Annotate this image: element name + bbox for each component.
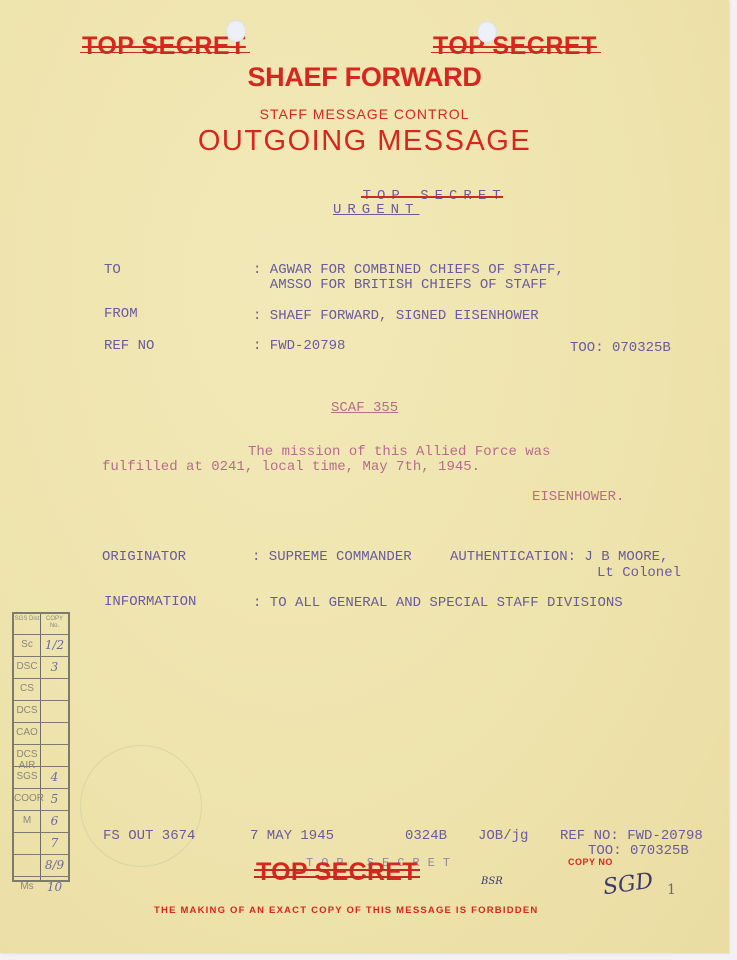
distribution-dist: COOR — [14, 793, 40, 804]
distribution-copy-number: 1/2 — [41, 638, 68, 652]
distribution-dist: M — [14, 815, 40, 826]
distribution-row: Sc1/2 — [14, 634, 68, 657]
header-copy: COPY No. — [41, 616, 68, 630]
distribution-row: 7 — [14, 832, 68, 855]
distribution-row: DSC3 — [14, 656, 68, 679]
footer-ref-no: REF NO: FWD-20798 — [560, 828, 703, 844]
top-secret-stamp-left: TOP SECRET — [82, 32, 246, 61]
top-secret-stamp-bottom: TOP SECRET — [256, 858, 418, 887]
organization-title: SHAEF FORWARD — [0, 62, 729, 93]
from-value: : SHAEF FORWARD, SIGNED EISENHOWER — [253, 308, 539, 324]
message-line-1: The mission of this Allied Force was — [248, 444, 550, 460]
to-label: TO — [104, 262, 121, 278]
distribution-copy-number: 7 — [41, 836, 68, 850]
distribution-table-header: SGS Dist COPY No. — [14, 614, 68, 636]
distribution-row: M6 — [14, 810, 68, 833]
too-value: TOO: 070325B — [570, 340, 671, 356]
distribution-dist: Ms — [14, 881, 40, 892]
authentication: AUTHENTICATION: J B MOORE, — [450, 549, 668, 565]
distribution-row: SGS4 — [14, 766, 68, 789]
distribution-row: DCS — [14, 700, 68, 723]
message-form-paper: TOP SECRET TOP SECRET SHAEF FORWARD STAF… — [0, 0, 729, 953]
distribution-table: SGS Dist COPY No. Sc1/2DSC3CSDCSCAODCS A… — [12, 612, 70, 882]
handwritten-initials: SGD — [602, 869, 655, 901]
distribution-dist: DCS — [14, 705, 40, 716]
form-title: OUTGOING MESSAGE — [0, 125, 729, 158]
distribution-copy-number: 4 — [41, 770, 68, 784]
ref-label: REF NO — [104, 338, 154, 354]
distribution-row: COOR5 — [14, 788, 68, 811]
punch-hole-right — [477, 21, 497, 43]
from-label: FROM — [104, 306, 138, 322]
department-title: STAFF MESSAGE CONTROL — [0, 106, 729, 122]
originator-value: : SUPREME COMMANDER — [252, 549, 412, 565]
punch-hole-left — [226, 20, 246, 42]
distribution-dist: CAO — [14, 727, 40, 738]
footer-date: 7 MAY 1945 — [250, 828, 334, 844]
message-signature: EISENHOWER. — [532, 489, 624, 505]
precedence-urgent: URGENT — [333, 202, 419, 218]
header-dist: SGS Dist — [14, 616, 40, 623]
footer-time: 0324B — [405, 828, 447, 844]
distribution-dist: DSC — [14, 661, 40, 672]
initials-bsr: BSR — [481, 876, 503, 887]
distribution-copy-number: 6 — [41, 814, 68, 828]
originator-label: ORIGINATOR — [102, 549, 186, 565]
to-line-2: AMSSO FOR BRITISH CHIEFS OF STAFF — [253, 277, 547, 293]
distribution-copy-number: 10 — [41, 880, 68, 894]
distribution-dist: Sc — [14, 639, 40, 650]
message-line-2: fulfilled at 0241, local time, May 7th, … — [102, 459, 480, 475]
distribution-row: CS — [14, 678, 68, 701]
information-value: : TO ALL GENERAL AND SPECIAL STAFF DIVIS… — [253, 595, 623, 611]
distribution-row: CAO — [14, 722, 68, 745]
fs-out-number: FS OUT 3674 — [103, 828, 195, 844]
top-secret-stamp-right: TOP SECRET — [433, 32, 597, 61]
distribution-copy-number: 8/9 — [41, 858, 68, 872]
to-line-1: : AGWAR FOR COMBINED CHIEFS OF STAFF, — [253, 262, 564, 278]
distribution-copy-number: 3 — [41, 660, 68, 674]
copy-number: 1 — [667, 882, 676, 898]
authentication-rank: Lt Colonel — [597, 565, 681, 581]
footer-job: JOB/jg — [478, 828, 528, 844]
faint-stamp-circle — [80, 745, 202, 867]
distribution-row: 8/9 — [14, 854, 68, 877]
information-label: INFORMATION — [104, 594, 196, 610]
distribution-copy-number: 5 — [41, 792, 68, 806]
distribution-dist: CS — [14, 683, 40, 694]
distribution-dist: SGS — [14, 771, 40, 782]
distribution-row: Ms10 — [14, 876, 68, 899]
ref-value: : FWD-20798 — [253, 338, 345, 354]
distribution-row: DCS AIR — [14, 744, 68, 767]
message-number: SCAF 355 — [331, 400, 398, 416]
copy-forbidden-warning: THE MAKING OF AN EXACT COPY OF THIS MESS… — [154, 905, 538, 916]
copy-no-label: COPY NO — [568, 857, 613, 867]
